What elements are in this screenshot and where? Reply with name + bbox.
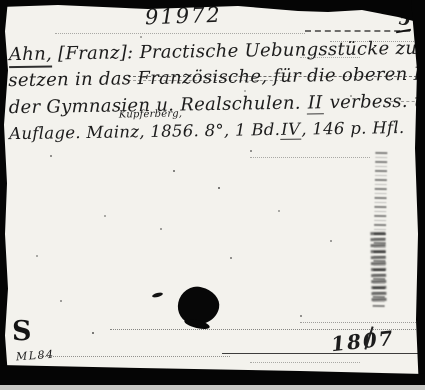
title-text-3b: verbess. u. verm.	[329, 90, 425, 114]
scan-artifact-line	[300, 322, 418, 323]
title-text-1: Practische Uebungsstücke zum Ueber-	[139, 36, 425, 63]
author-qualifier: [Franz]:	[58, 42, 134, 64]
scan-artifact-line	[250, 362, 360, 363]
section-letter: S	[12, 316, 32, 347]
edition-roman-numeral: II	[307, 92, 324, 114]
scanned-catalog-card-image: 91972 5 Ahn, [Franz]: Practische Uebungs…	[0, 0, 425, 390]
shelf-code: ML84	[16, 348, 55, 364]
scanner-bed-strip	[0, 385, 425, 390]
entry-line-3: der Gymnasien u. Realschulen. II verbess…	[9, 90, 425, 119]
scan-artifact-line	[40, 356, 230, 357]
entry-line-1: Ahn, [Franz]: Practische Uebungsstücke z…	[9, 36, 425, 65]
pagination-roman-numeral: IV	[280, 120, 301, 140]
bleed-through-text-smudge	[370, 232, 386, 304]
publisher-insertion: Kupferberg,	[119, 108, 183, 120]
author-name: Ahn,	[9, 43, 52, 68]
imprint-text-4a: Auflage. Mainz, 1856. 8°, 1 Bd.	[9, 120, 280, 143]
entry-line-4: Auflage. Mainz, 1856. 8°, 1 Bd.IV, 146 p…	[9, 118, 405, 143]
bibliographic-entry: Ahn, [Franz]: Practische Uebungsstücke z…	[0, 0, 425, 200]
imprint-text-4b: , 146 p. Hfl.	[301, 118, 404, 139]
entry-line-2: setzen in das Französische, für die ober…	[8, 63, 425, 92]
ruled-line	[222, 353, 422, 354]
